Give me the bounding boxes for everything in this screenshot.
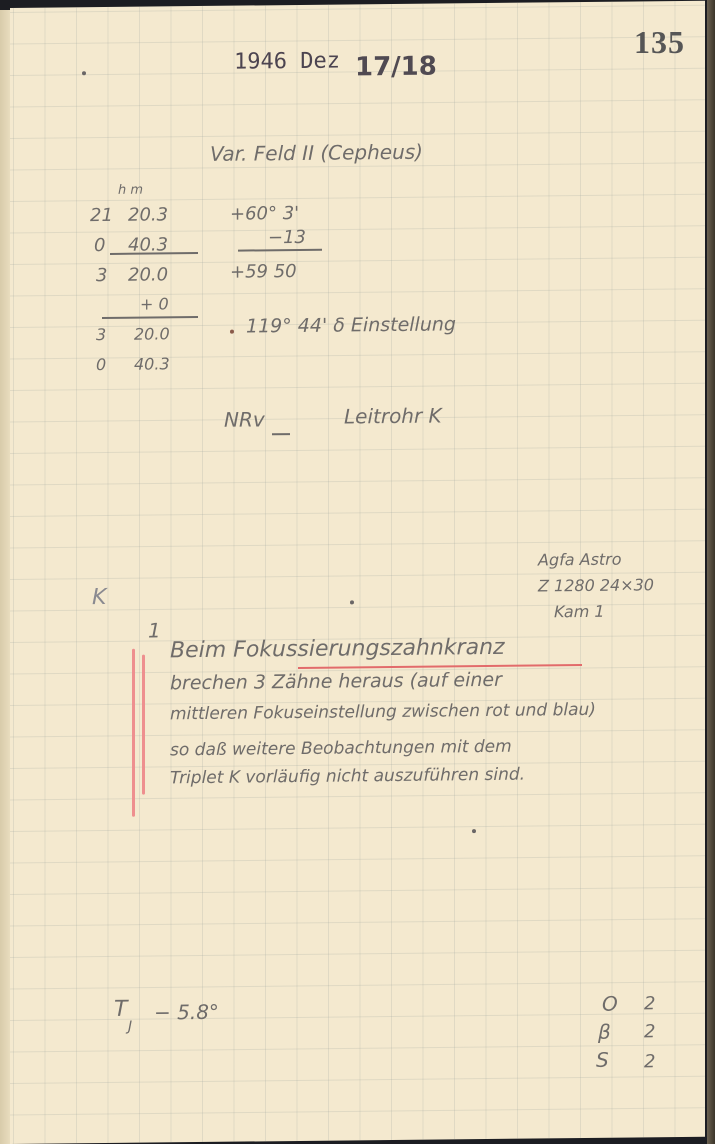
note-number: 1 [148,618,161,642]
instrument-nrv: NRv [224,407,265,431]
calc-row-1-h: 21 [90,205,113,226]
sum-rule-3 [102,316,198,319]
ink-dot [230,330,234,334]
calc-row-4-m: + 0 [140,294,169,313]
note-line-4: so daß weitere Beobachtungen mit dem [170,737,512,761]
calc-row-1-dec: +60° 3' [230,203,299,225]
calc-row-5-h: 3 [96,325,106,344]
page-number: 135 [634,24,685,61]
calc-row-3-m: 20.0 [128,264,168,285]
plate-number-size: Z 1280 24×30 [538,575,654,595]
nrv-underline [272,433,290,435]
plate-type: Agfa Astro [538,550,622,570]
notebook-page: 1946 Dez 17/18 Var. Feld II (Cepheus) h … [10,1,705,1144]
camera-label: Kam 1 [554,602,605,622]
red-margin-bar-1 [132,649,135,817]
notebook-binding-edge [707,0,715,1144]
weather-value-3: 2 [644,1051,655,1072]
date-stamp: 1946 Dez [234,49,340,75]
calc-row-2-h: 0 [94,235,105,256]
calc-row-2-dec: −13 [268,227,306,248]
ink-dot [82,71,86,75]
red-underline [298,664,582,669]
note-line-5: Triplet K vorläufig nicht auszuführen si… [170,765,525,789]
margin-mark-k: K [92,585,106,610]
guide-telescope-label: Leitrohr K [344,403,442,428]
note-line-3: mittleren Fokuseinstellung zwischen rot … [170,700,596,724]
weather-symbol-1: O [602,992,618,1016]
ink-dot [472,829,476,833]
note-line-2: brechen 3 Zähne heraus (auf einer [170,669,502,694]
ink-dot [350,600,354,604]
weather-value-1: 2 [644,993,655,1014]
weather-value-2: 2 [644,1021,655,1042]
sum-rule-2 [238,249,322,252]
note-line-1: Beim Fokussierungszahnkranz [170,635,505,664]
calc-row-3-h: 3 [96,265,107,286]
temperature-value: − 5.8° [154,1000,219,1025]
calc-row-1-m: 20.3 [128,204,168,225]
hm-column-header: h m [118,183,143,198]
field-heading: Var. Feld II (Cepheus) [210,140,423,166]
weather-symbol-3: S [596,1048,609,1072]
weather-symbol-2: β [598,1020,611,1044]
declination-setting-note: 119° 44' δ Einstellung [246,313,456,337]
date-handwritten: 17/18 [355,52,437,83]
red-margin-bar-2 [142,655,145,795]
calc-row-6-h: 0 [96,355,106,374]
calc-row-5-m: 20.0 [134,324,170,343]
temperature-label: T [114,997,127,1022]
calc-row-3-dec: +59 50 [230,261,297,283]
temperature-subscript: J [128,1019,132,1035]
calc-row-6-m: 40.3 [134,354,170,373]
